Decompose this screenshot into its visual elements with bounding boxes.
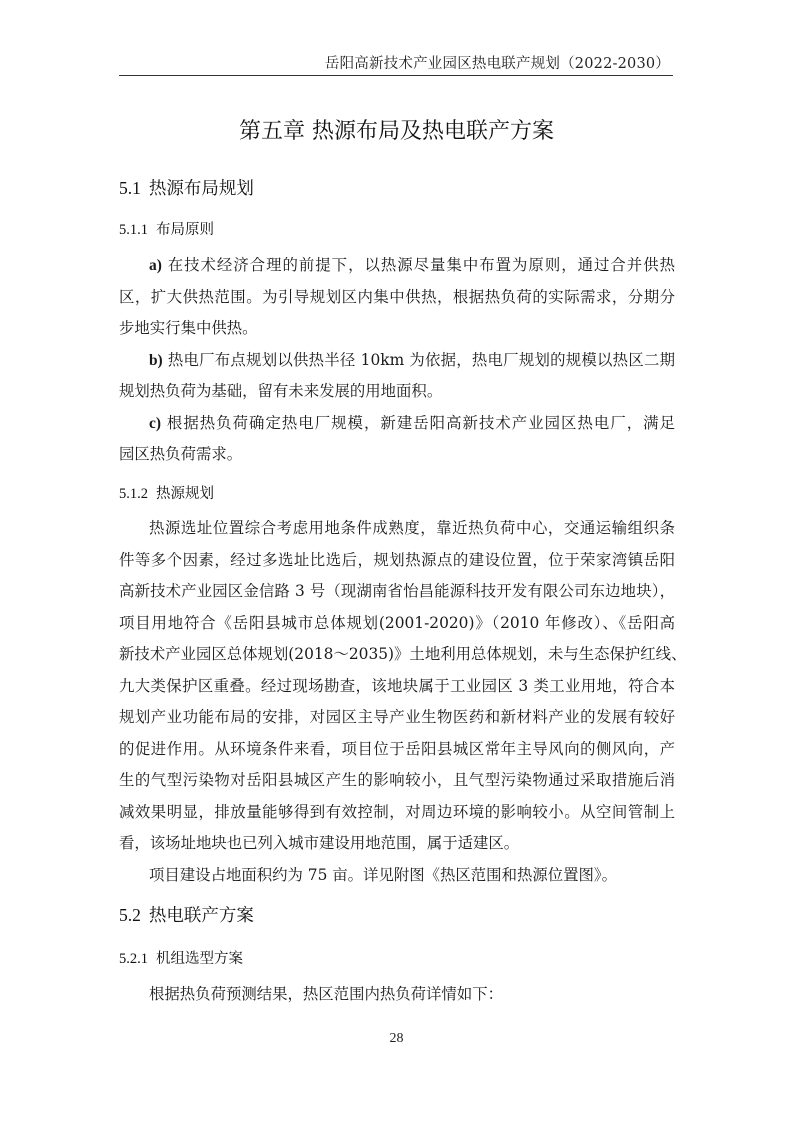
subsection-number: 5.1.1 <box>119 222 148 238</box>
section-heading-5-1: 5.1热源布局规划 <box>119 175 254 200</box>
header-rule <box>119 75 673 76</box>
chapter-title: 第五章 热源布局及热电联产方案 <box>0 114 793 145</box>
heat-source-paragraph-line-5: 新技术产业园区总体规划(2018～2035)》土地利用总体规划，未与生态保护红线… <box>119 644 675 664</box>
list-label-b: b) <box>149 352 163 369</box>
subsection-number: 5.1.2 <box>119 486 148 502</box>
heat-source-paragraph-line-6: 九大类保护区重叠。经过现场勘查，该地块属于工业园区 3 类工业用地，符合本 <box>119 676 675 696</box>
subsection-heading-5-2-1: 5.2.1机组选型方案 <box>119 947 243 968</box>
heat-source-paragraph-line-10: 减效果明显，排放量能够得到有效控制，对周边环境的影响较小。从空间管制上 <box>119 802 675 822</box>
section-title: 热电联产方案 <box>149 906 254 926</box>
heat-source-paragraph-line-9: 生的气型污染物对岳阳县城区产生的影响较小，且气型污染物通过采取措施后消 <box>119 770 675 790</box>
paragraph-a-line-1: a) 在技术经济合理的前提下，以热源尽量集中布置为原则，通过合并供热 <box>149 255 675 276</box>
section-number: 5.2 <box>119 905 141 925</box>
running-header: 岳阳高新技术产业园区热电联产规划（2022-2030） <box>325 52 670 73</box>
list-label-c: c) <box>149 415 161 432</box>
subsection-title: 机组选型方案 <box>156 951 243 967</box>
heat-source-paragraph-line-11: 看，该场址地块也已列入城市建设用地范围，属于适建区。 <box>119 833 675 853</box>
section-heading-5-2: 5.2热电联产方案 <box>119 902 254 927</box>
paragraph-c-line-2: 园区热负荷需求。 <box>119 444 675 464</box>
land-area-paragraph: 项目建设占地面积约为 75 亩。详见附图《热区范围和热源位置图》。 <box>149 865 675 885</box>
heat-source-paragraph-line-2: 件等多个因素，经过多选址比选后，规划热源点的建设位置，位于荣家湾镇岳阳 <box>119 550 675 570</box>
section-number: 5.1 <box>119 178 141 198</box>
list-label-a: a) <box>149 257 162 274</box>
paragraph-a-line-3: 步地实行集中供热。 <box>119 318 675 338</box>
page-number: 28 <box>0 1031 793 1047</box>
unit-selection-paragraph: 根据热负荷预测结果，热区范围内热负荷详情如下： <box>149 984 675 1004</box>
heat-source-paragraph-line-7: 规划产业功能布局的安排，对园区主导产业生物医药和新材料产业的发展有较好 <box>119 707 675 727</box>
subsection-heading-5-1-1: 5.1.1布局原则 <box>119 218 214 239</box>
paragraph-a-line-2: 区，扩大供热范围。为引导规划区内集中供热，根据热负荷的实际需求，分期分 <box>119 287 675 307</box>
subsection-number: 5.2.1 <box>119 951 148 967</box>
paragraph-c-line-1: c) 根据热负荷确定热电厂规模，新建岳阳高新技术产业园区热电厂，满足 <box>149 413 675 434</box>
heat-source-paragraph-line-8: 的促进作用。从环境条件来看，项目位于岳阳县城区常年主导风向的侧风向，产 <box>119 739 675 759</box>
subsection-heading-5-1-2: 5.1.2热源规划 <box>119 482 214 503</box>
paragraph-b-line-1: b) 热电厂布点规划以供热半径 10km 为依据，热电厂规划的规模以热区二期 <box>149 350 675 371</box>
heat-source-paragraph-line-4: 项目用地符合《岳阳县城市总体规划(2001-2020)》（2010 年修改）、《… <box>119 613 675 633</box>
subsection-title: 布局原则 <box>156 222 214 238</box>
section-title: 热源布局规划 <box>149 179 254 199</box>
subsection-title: 热源规划 <box>156 486 214 502</box>
paragraph-b-line-2: 规划热负荷为基础，留有未来发展的用地面积。 <box>119 381 675 401</box>
heat-source-paragraph-line-3: 高新技术产业园区金信路 3 号（现湖南省怡昌能源科技开发有限公司东边地块）， <box>119 581 675 601</box>
heat-source-paragraph-line-1: 热源选址位置综合考虑用地条件成熟度，靠近热负荷中心，交通运输组织条 <box>149 518 675 538</box>
